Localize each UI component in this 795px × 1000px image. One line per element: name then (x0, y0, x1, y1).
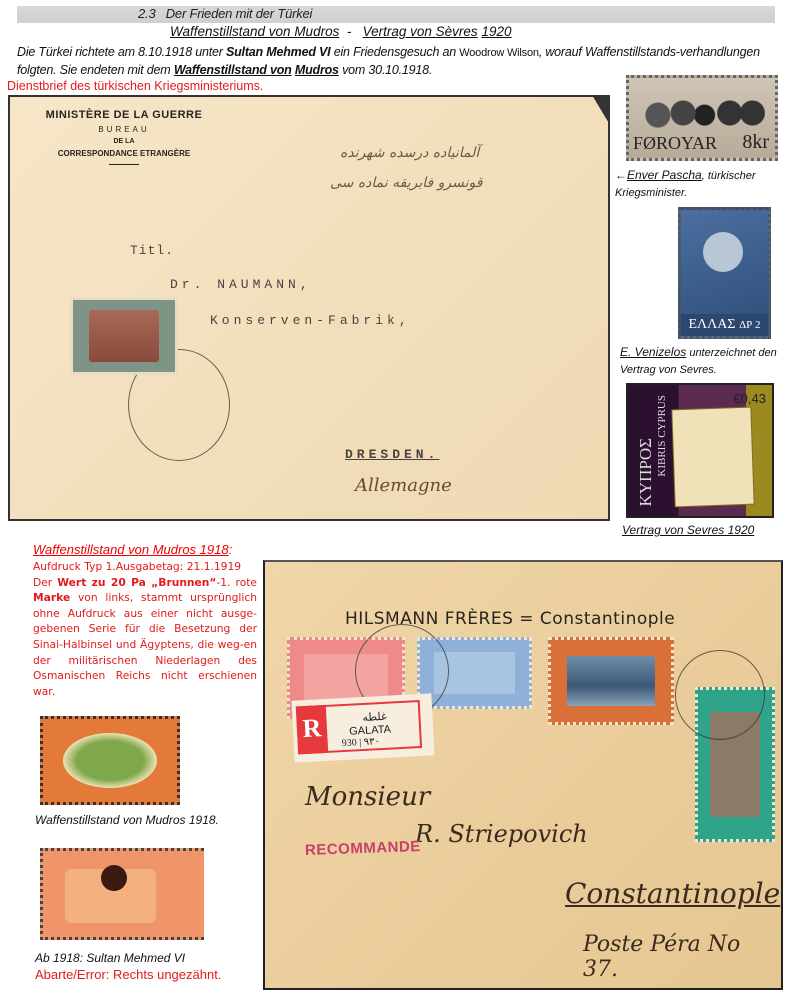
stamp-value: 8kr (742, 131, 769, 154)
arabic-address-line1: آلمانياده درسده شهرنده (340, 145, 479, 161)
stamp-country-band: ΕΛΛΑΣ ΔΡ 2 (681, 314, 768, 336)
subtitle-year: 1920 (481, 24, 511, 39)
caption-name: Enver Pascha (627, 168, 702, 182)
caption-cyprus: Vertrag von Sevres 1920 (622, 522, 754, 538)
letterhead-ministry: MINISTÈRE DE LA GUERRE BUREAU DE LA CORR… (24, 103, 224, 165)
intro-paragraph: Die Türkei richtete am 8.10.1918 unter S… (17, 44, 777, 79)
caption-text: Vertrag von Sevres 1920 (622, 523, 754, 537)
stamp-country-secondary: KIBRIS CYPRUS (656, 395, 668, 477)
registration-number: 930 | ٩٣٠ (342, 736, 381, 749)
stamp-ottoman-green (70, 297, 178, 375)
subtitle-separator: - (347, 24, 352, 39)
mudros-title-text: Waffenstillstand von Mudros 1918 (33, 542, 229, 557)
caption-error: Abarte/Error: Rechts ungezähnt. (35, 967, 221, 982)
section-number: 2.3 (138, 6, 155, 21)
postmark-cancel (675, 650, 765, 740)
address-name: R. Striepovich (415, 820, 588, 848)
address-city: Constantinople (565, 877, 780, 910)
letterhead-rule (109, 164, 139, 165)
stamp-portrait (703, 232, 743, 272)
section-title: 2.3 Der Frieden mit der Türkei (138, 6, 312, 21)
stamp-cyprus: ΚΥΠΡΟΣ KIBRIS CYPRUS €0,43 (626, 383, 774, 518)
address-salutation: Monsieur (305, 782, 430, 812)
mudros-description: Aufdruck Typ 1.Ausgabetag: 21.1.1919 Der… (33, 559, 257, 699)
letterhead-line: CORRESPONDANCE ETRANGÈRE (24, 149, 224, 158)
letterhead-line: DE LA (24, 138, 224, 145)
letterhead-line: MINISTÈRE DE LA GUERRE (24, 109, 224, 121)
letterhead-line: BUREAU (24, 125, 224, 134)
caption-sultan-stamp: Ab 1918: Sultan Mehmed VI (35, 951, 185, 965)
registration-r: R (296, 705, 328, 755)
address-post: Poste Péra No 37. (583, 932, 781, 982)
address-titl: Titl. (130, 243, 174, 258)
caption-name: E. Venizelos (620, 345, 686, 359)
stamp-vignette (89, 310, 159, 362)
stamp-mudros-1918 (40, 716, 180, 805)
page-subtitle: Waffenstillstand von Mudros - Vertrag vo… (170, 24, 512, 39)
stamp-orange-harbor (548, 637, 674, 725)
envelope-hilsmann: HILSMANN FRÈRES = Constantinople R غلطه … (263, 560, 783, 990)
red-note: Dienstbrief des türkischen Kriegsministe… (7, 79, 263, 93)
address-company: Konserven-Fabrik, (210, 313, 411, 328)
envelope-ministry-of-war: MINISTÈRE DE LA GUERRE BUREAU DE LA CORR… (8, 95, 610, 521)
caption-mudros-stamp: Waffenstillstand von Mudros 1918. (35, 813, 219, 827)
caption-enver: ←Enver Pascha, türkischer Kriegsminister… (615, 167, 783, 201)
stamp-sultan-mehmed (40, 848, 204, 940)
stamp-value: €0,43 (733, 391, 766, 406)
address-country: Allemagne (355, 475, 452, 496)
section-heading: Der Frieden mit der Türkei (166, 6, 313, 21)
issue-date-line: Aufdruck Typ 1.Ausgabetag: 21.1.1919 (33, 559, 257, 575)
subtitle-treaty: Vertrag von Sèvres (363, 24, 478, 39)
address-name: Dr. NAUMANN, (170, 277, 312, 292)
stamp-oval-vignette (63, 733, 157, 788)
stamp-treaty-document (672, 408, 753, 507)
caption-venizelos: E. Venizelos unterzeichnet den Vertrag v… (620, 344, 780, 378)
stamp-portraits (639, 92, 765, 134)
arrow-left-icon: ← (615, 168, 627, 182)
header-bar (17, 6, 775, 23)
stamp-country: ΚΥΠΡΟΣ (636, 438, 656, 506)
envelope-corner (592, 95, 610, 125)
registration-label: R غلطه GALATA 930 | ٩٣٠ (291, 693, 434, 762)
mudros-title: Waffenstillstand von Mudros 1918: (33, 542, 232, 557)
stamp-greece: ΕΛΛΑΣ ΔΡ 2 (678, 207, 771, 339)
arabic-address-line2: قونسرو فابریقه نماده سى (330, 175, 482, 191)
address-city: DRESDEN. (345, 447, 439, 462)
stamp-faroe-islands: FØROYAR 8kr (626, 75, 778, 161)
stamp-overprint (101, 865, 127, 891)
registration-arabic: غلطه (362, 710, 387, 724)
recommande-stamp: RECOMMANDE (305, 838, 421, 859)
stamp-country: FØROYAR (633, 133, 717, 154)
subtitle-armistice: Waffenstillstand von Mudros (170, 24, 339, 39)
